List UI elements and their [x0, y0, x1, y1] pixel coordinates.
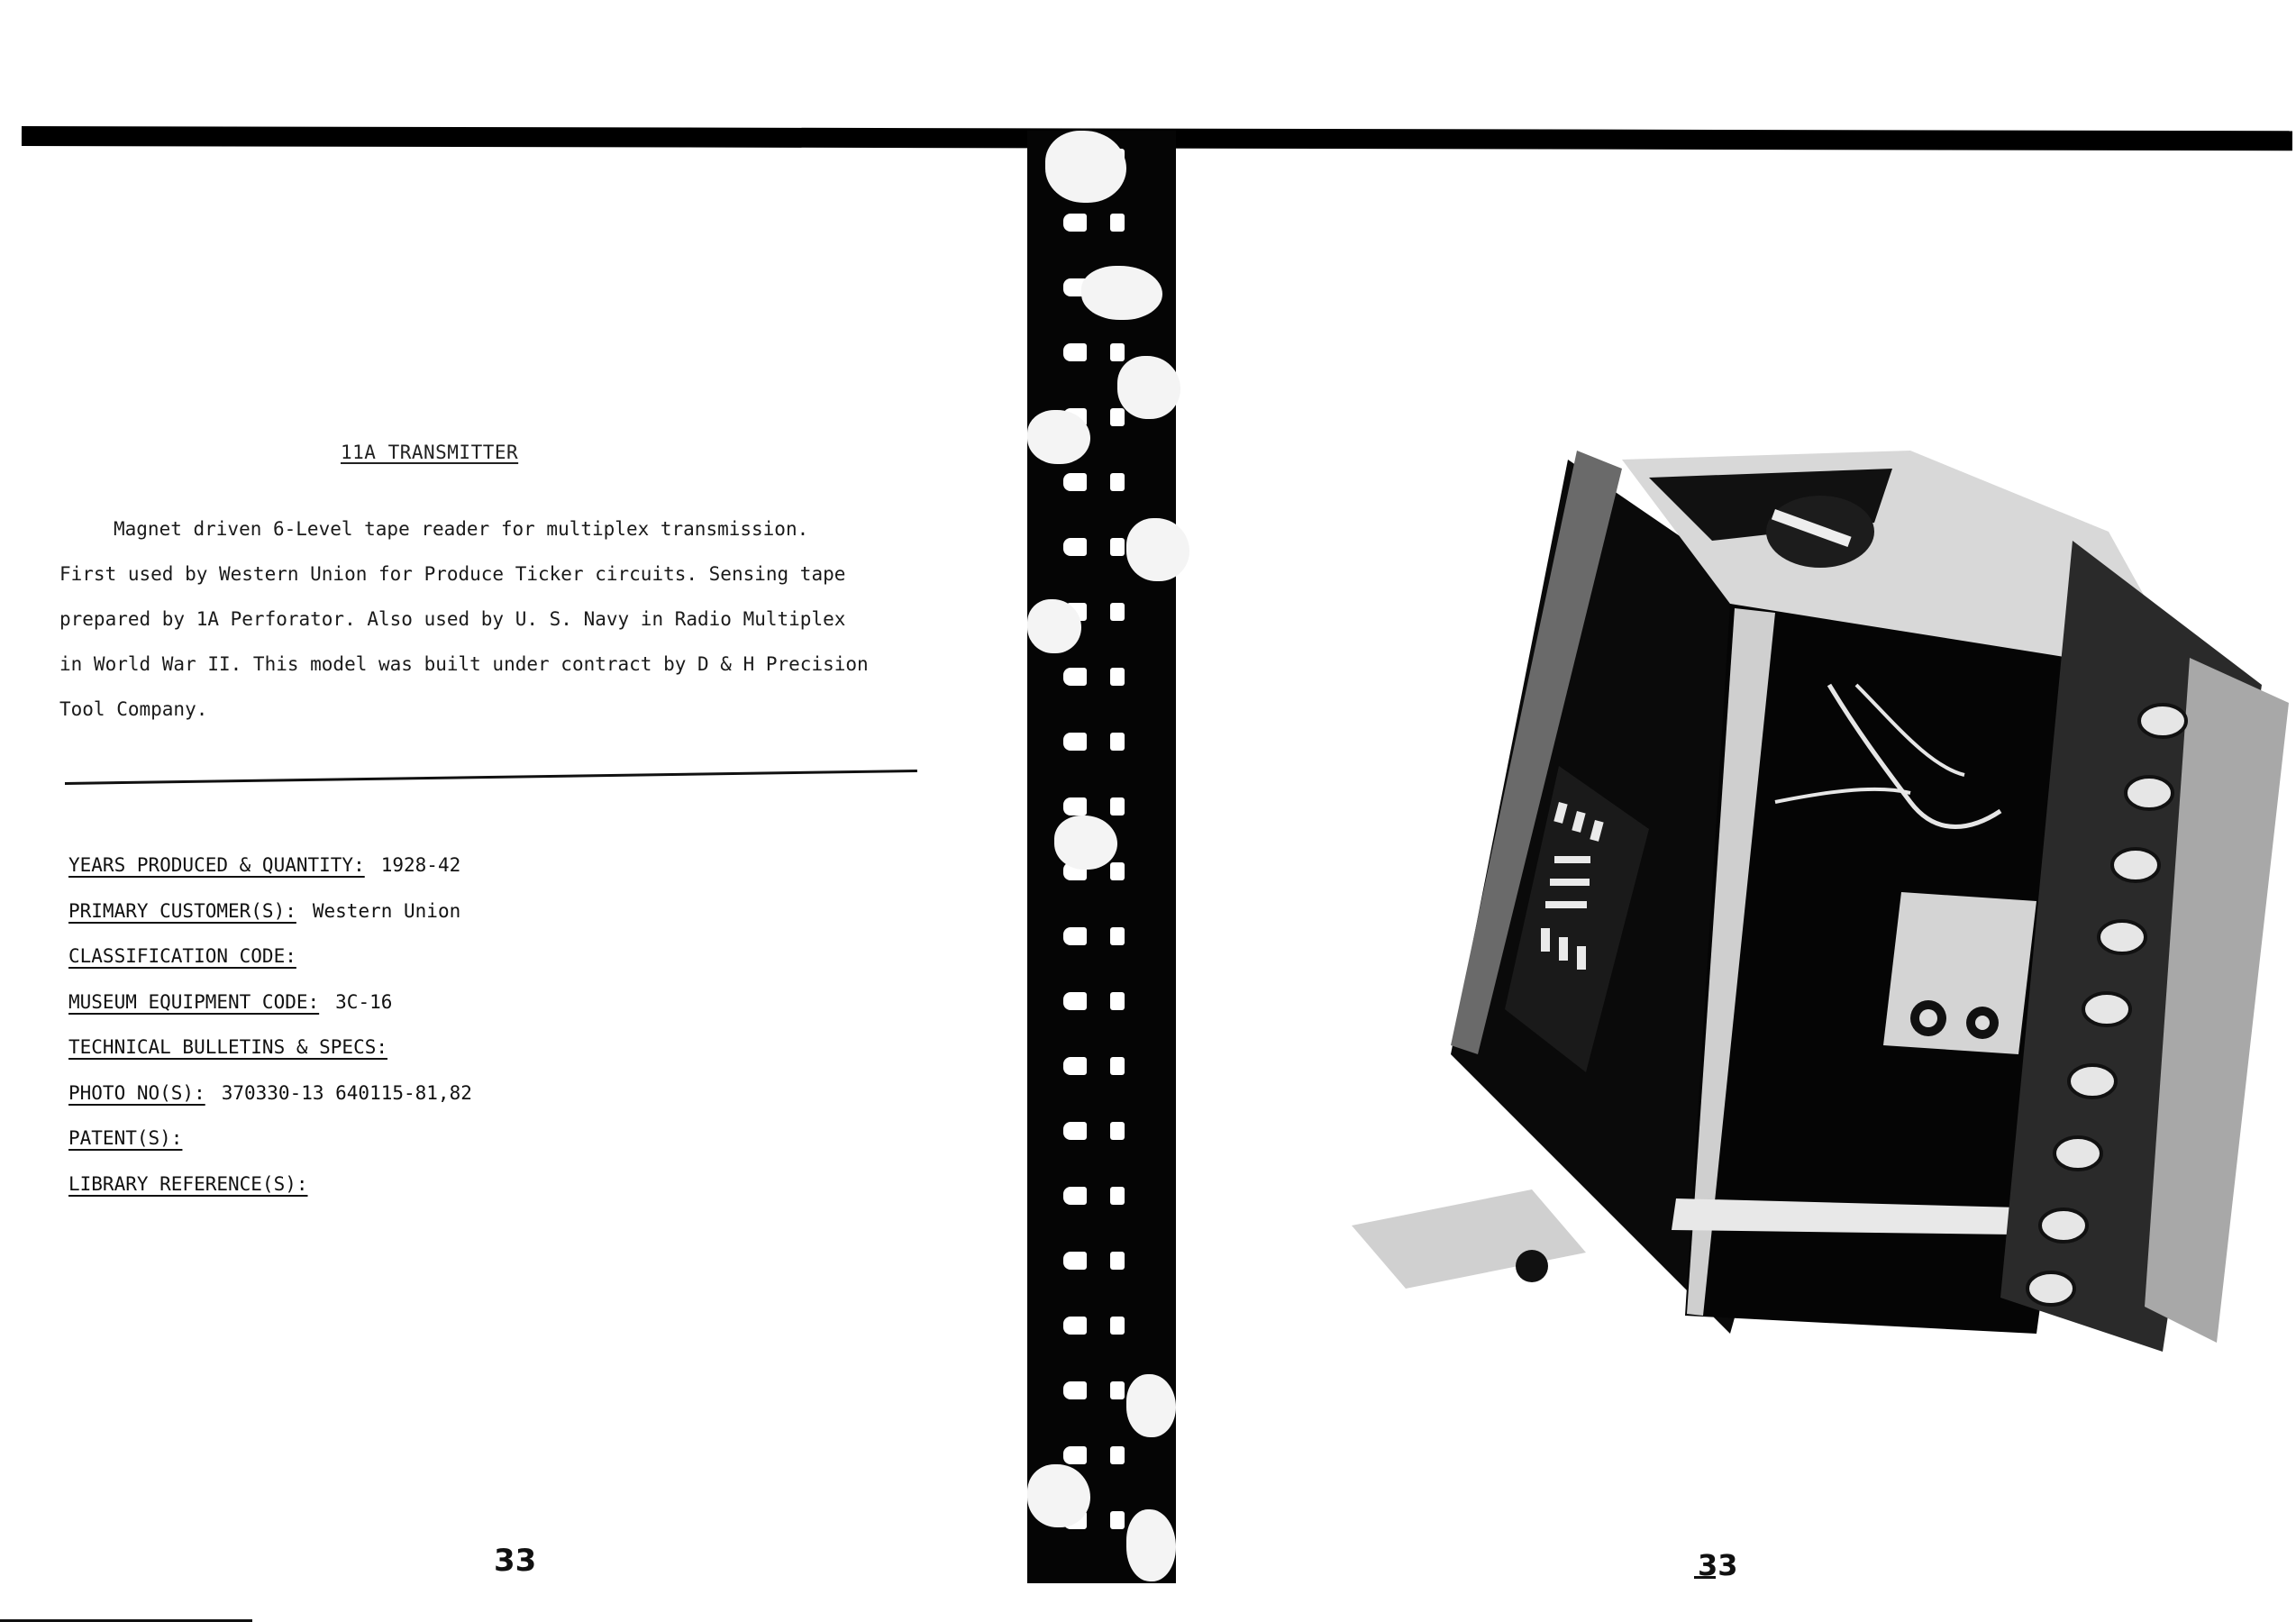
- field-label: PATENT(S):: [68, 1127, 182, 1149]
- description-line: Magnet driven 6-Level tape reader for mu…: [59, 506, 925, 551]
- description-line: in World War II. This model was built un…: [59, 642, 925, 687]
- field-label: LIBRARY REFERENCE(S):: [68, 1173, 308, 1195]
- field-label: PRIMARY CUSTOMER(S):: [68, 900, 296, 922]
- field-value: 1928-42: [381, 854, 461, 876]
- field-label: YEARS PRODUCED & QUANTITY:: [68, 854, 365, 876]
- page-number-right: 33: [1698, 1548, 1738, 1582]
- field-label: PHOTO NO(S):: [68, 1082, 205, 1104]
- field-value: 3C-16: [335, 991, 392, 1013]
- field-value: 370330-13 640115-81,82: [222, 1082, 472, 1104]
- field-label: MUSEUM EQUIPMENT CODE:: [68, 991, 319, 1013]
- field-technical-bulletins: TECHNICAL BULLETINS & SPECS:: [68, 1036, 472, 1082]
- field-value: Western Union: [313, 900, 460, 922]
- field-years-produced: YEARS PRODUCED & QUANTITY:1928-42: [68, 854, 472, 900]
- field-library-references: LIBRARY REFERENCE(S):: [68, 1173, 472, 1219]
- catalog-fields: YEARS PRODUCED & QUANTITY:1928-42 PRIMAR…: [68, 854, 472, 1218]
- field-label: TECHNICAL BULLETINS & SPECS:: [68, 1036, 387, 1058]
- field-classification-code: CLASSIFICATION CODE:: [68, 945, 472, 991]
- description-line: prepared by 1A Perforator. Also used by …: [59, 597, 925, 642]
- film-strip-icon: [1027, 131, 1176, 1583]
- device-photo-icon: [1352, 424, 2296, 1370]
- description-line: Tool Company.: [59, 687, 925, 732]
- field-primary-customer: PRIMARY CUSTOMER(S):Western Union: [68, 900, 472, 946]
- catalog-text-page: 11A TRANSMITTER Magnet driven 6-Level ta…: [0, 144, 1027, 1586]
- field-patents: PATENT(S):: [68, 1127, 472, 1173]
- field-label: CLASSIFICATION CODE:: [68, 945, 296, 967]
- section-divider: [65, 770, 917, 785]
- field-photo-numbers: PHOTO NO(S):370330-13 640115-81,82: [68, 1082, 472, 1128]
- field-museum-equipment-code: MUSEUM EQUIPMENT CODE:3C-16: [68, 991, 472, 1037]
- page-number-left: 33: [494, 1543, 536, 1579]
- description: Magnet driven 6-Level tape reader for mu…: [59, 506, 925, 732]
- description-line: First used by Western Union for Produce …: [59, 551, 925, 597]
- page-title: 11A TRANSMITTER: [341, 442, 518, 463]
